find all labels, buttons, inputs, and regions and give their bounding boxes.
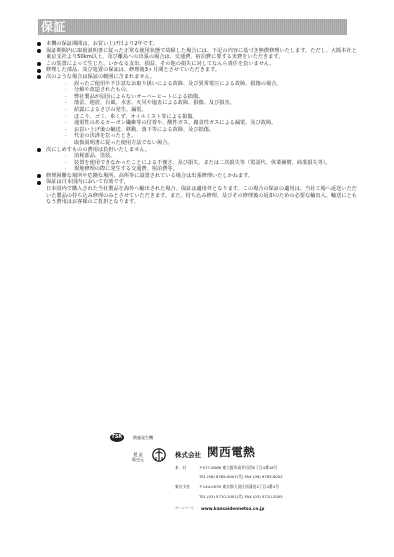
warranty-item-domestic: 保証は日本国内において有効です。 (37, 179, 357, 186)
dot-marker-icon: · (65, 127, 67, 134)
bullet-icon (37, 181, 41, 185)
tokyo-office-address: 〒144-0035 東京都大田区南蒲田2丁目4番4号 (199, 484, 279, 489)
company-type: 株式会社 (175, 451, 201, 459)
website-label: ホームページ (175, 506, 194, 511)
website-link[interactable]: www.kansaidennetsu.co.jp (201, 506, 264, 511)
dot-marker-icon: · (65, 160, 67, 167)
bullet-icon (37, 69, 41, 73)
item-text: 本機の保証期間は、お買い上げ日より2年です。 (46, 41, 158, 47)
section-title: 保証 (41, 20, 66, 34)
dot-marker-icon: · (65, 120, 67, 127)
item-text: 修理困難な場所や危険な場所、高所等に設置されている場合は出張修理いたしかねます。 (46, 173, 253, 179)
dot-marker-icon: · (65, 133, 67, 140)
head-office-address: 〒577-8566 東大阪市高井田西5丁目4番18号 (199, 465, 278, 470)
dot-marker-icon: · (65, 140, 67, 147)
head-office-label: 本 社 (175, 465, 186, 470)
bullet-icon (37, 49, 41, 53)
manufacturer-role-label: 製 造 販売元 (131, 452, 145, 462)
dot-marker-icon: · (65, 153, 67, 160)
cost-subitem: ·消耗部品、塗装。 (37, 153, 357, 160)
company-logo-icon (152, 448, 166, 462)
warranty-item-exclusions: 次のような場合は保証の範囲に含まれません。 (37, 74, 357, 81)
bullet-icon (37, 148, 41, 152)
bullet-icon (37, 174, 41, 178)
exclusion-subitem: ·結露によるさびの発生、漏電。 (37, 107, 357, 114)
section-header-bar: 保証 (38, 19, 347, 35)
product-caption: 熱風発生機 (133, 435, 153, 440)
warranty-item-repaired-parts: 修理した部品、及び処置の保証は、修理後3ヶ月間とさせていただきます。 (37, 67, 357, 74)
bullet-icon (37, 42, 41, 46)
item-text: 修理した部品、及び処置の保証は、修理後3ヶ月間とさせていただきます。 (46, 67, 220, 73)
dot-marker-icon: · (65, 81, 67, 88)
company-name: 関西電熱 (207, 446, 255, 459)
tokyo-office-phone: TEL (03) 5710-2001(代) FAX (03) 5710-2005 (199, 494, 283, 499)
exclusion-subitem: ·通電性のあるカーボン繊維等の付着や、酸性ガス、腐食性ガスによる漏電、及び故障。 (37, 120, 357, 127)
item-text: 次にしめすものの費用は負担いたしません。 (46, 147, 150, 153)
cost-subitem: ·現地修理の際に発生する交通費、宿泊費等。 (37, 166, 357, 173)
warranty-item-free-repair: 保証期間内に取扱説明書に従った正常な使用状態で故障した場合には、下記の内容に基づ… (37, 48, 357, 61)
exclusion-subitem: ·代金の決済を怠ったとき。 (37, 133, 357, 140)
head-office-phone: TEL (06) 6785-6001(代) FAX (06) 6785-6002 (199, 474, 283, 479)
warranty-item-period: 本機の保証期間は、お買い上げ日より2年です。 (37, 41, 357, 48)
overseas-note: 日本国内で購入された当社製品を海外へ輸出された場合、保証は適用外となります。この… (37, 186, 357, 206)
dot-marker-icon: · (65, 166, 67, 173)
item-text: 保証期間内に取扱説明書に従った正常な使用状態で故障した場合には、下記の内容に基づ… (46, 48, 357, 61)
item-text: この装置によって生じた、いかなる支出、損益、その他の損失に対してなんら責任を負い… (46, 61, 275, 67)
tsk-logo-icon: TSK (110, 433, 124, 442)
dot-marker-icon: · (65, 87, 67, 94)
exclusion-subitem: ·取扱説明書に従った使用方法でない場合。 (37, 140, 357, 147)
dot-marker-icon: · (65, 100, 67, 107)
dot-marker-icon: · (65, 94, 67, 101)
bullet-icon (37, 62, 41, 66)
item-text: 保証は日本国内において有効です。 (46, 179, 129, 185)
exclusion-subitem: ·分解や改造されたもの。 (37, 87, 357, 94)
dot-marker-icon: · (65, 114, 67, 121)
item-text: 次のような場合は保証の範囲に含まれません。 (46, 74, 155, 80)
exclusion-subitem: ·落雷、地震、台風、水害、火災や塩害による故障、損傷、及び損害。 (37, 100, 357, 107)
bullet-icon (37, 75, 41, 79)
warranty-content: 本機の保証期間は、お買い上げ日より2年です。 保証期間内に取扱説明書に従った正常… (37, 41, 357, 206)
tokyo-office-label: 東京支社 (175, 484, 190, 489)
dot-marker-icon: · (65, 107, 67, 114)
